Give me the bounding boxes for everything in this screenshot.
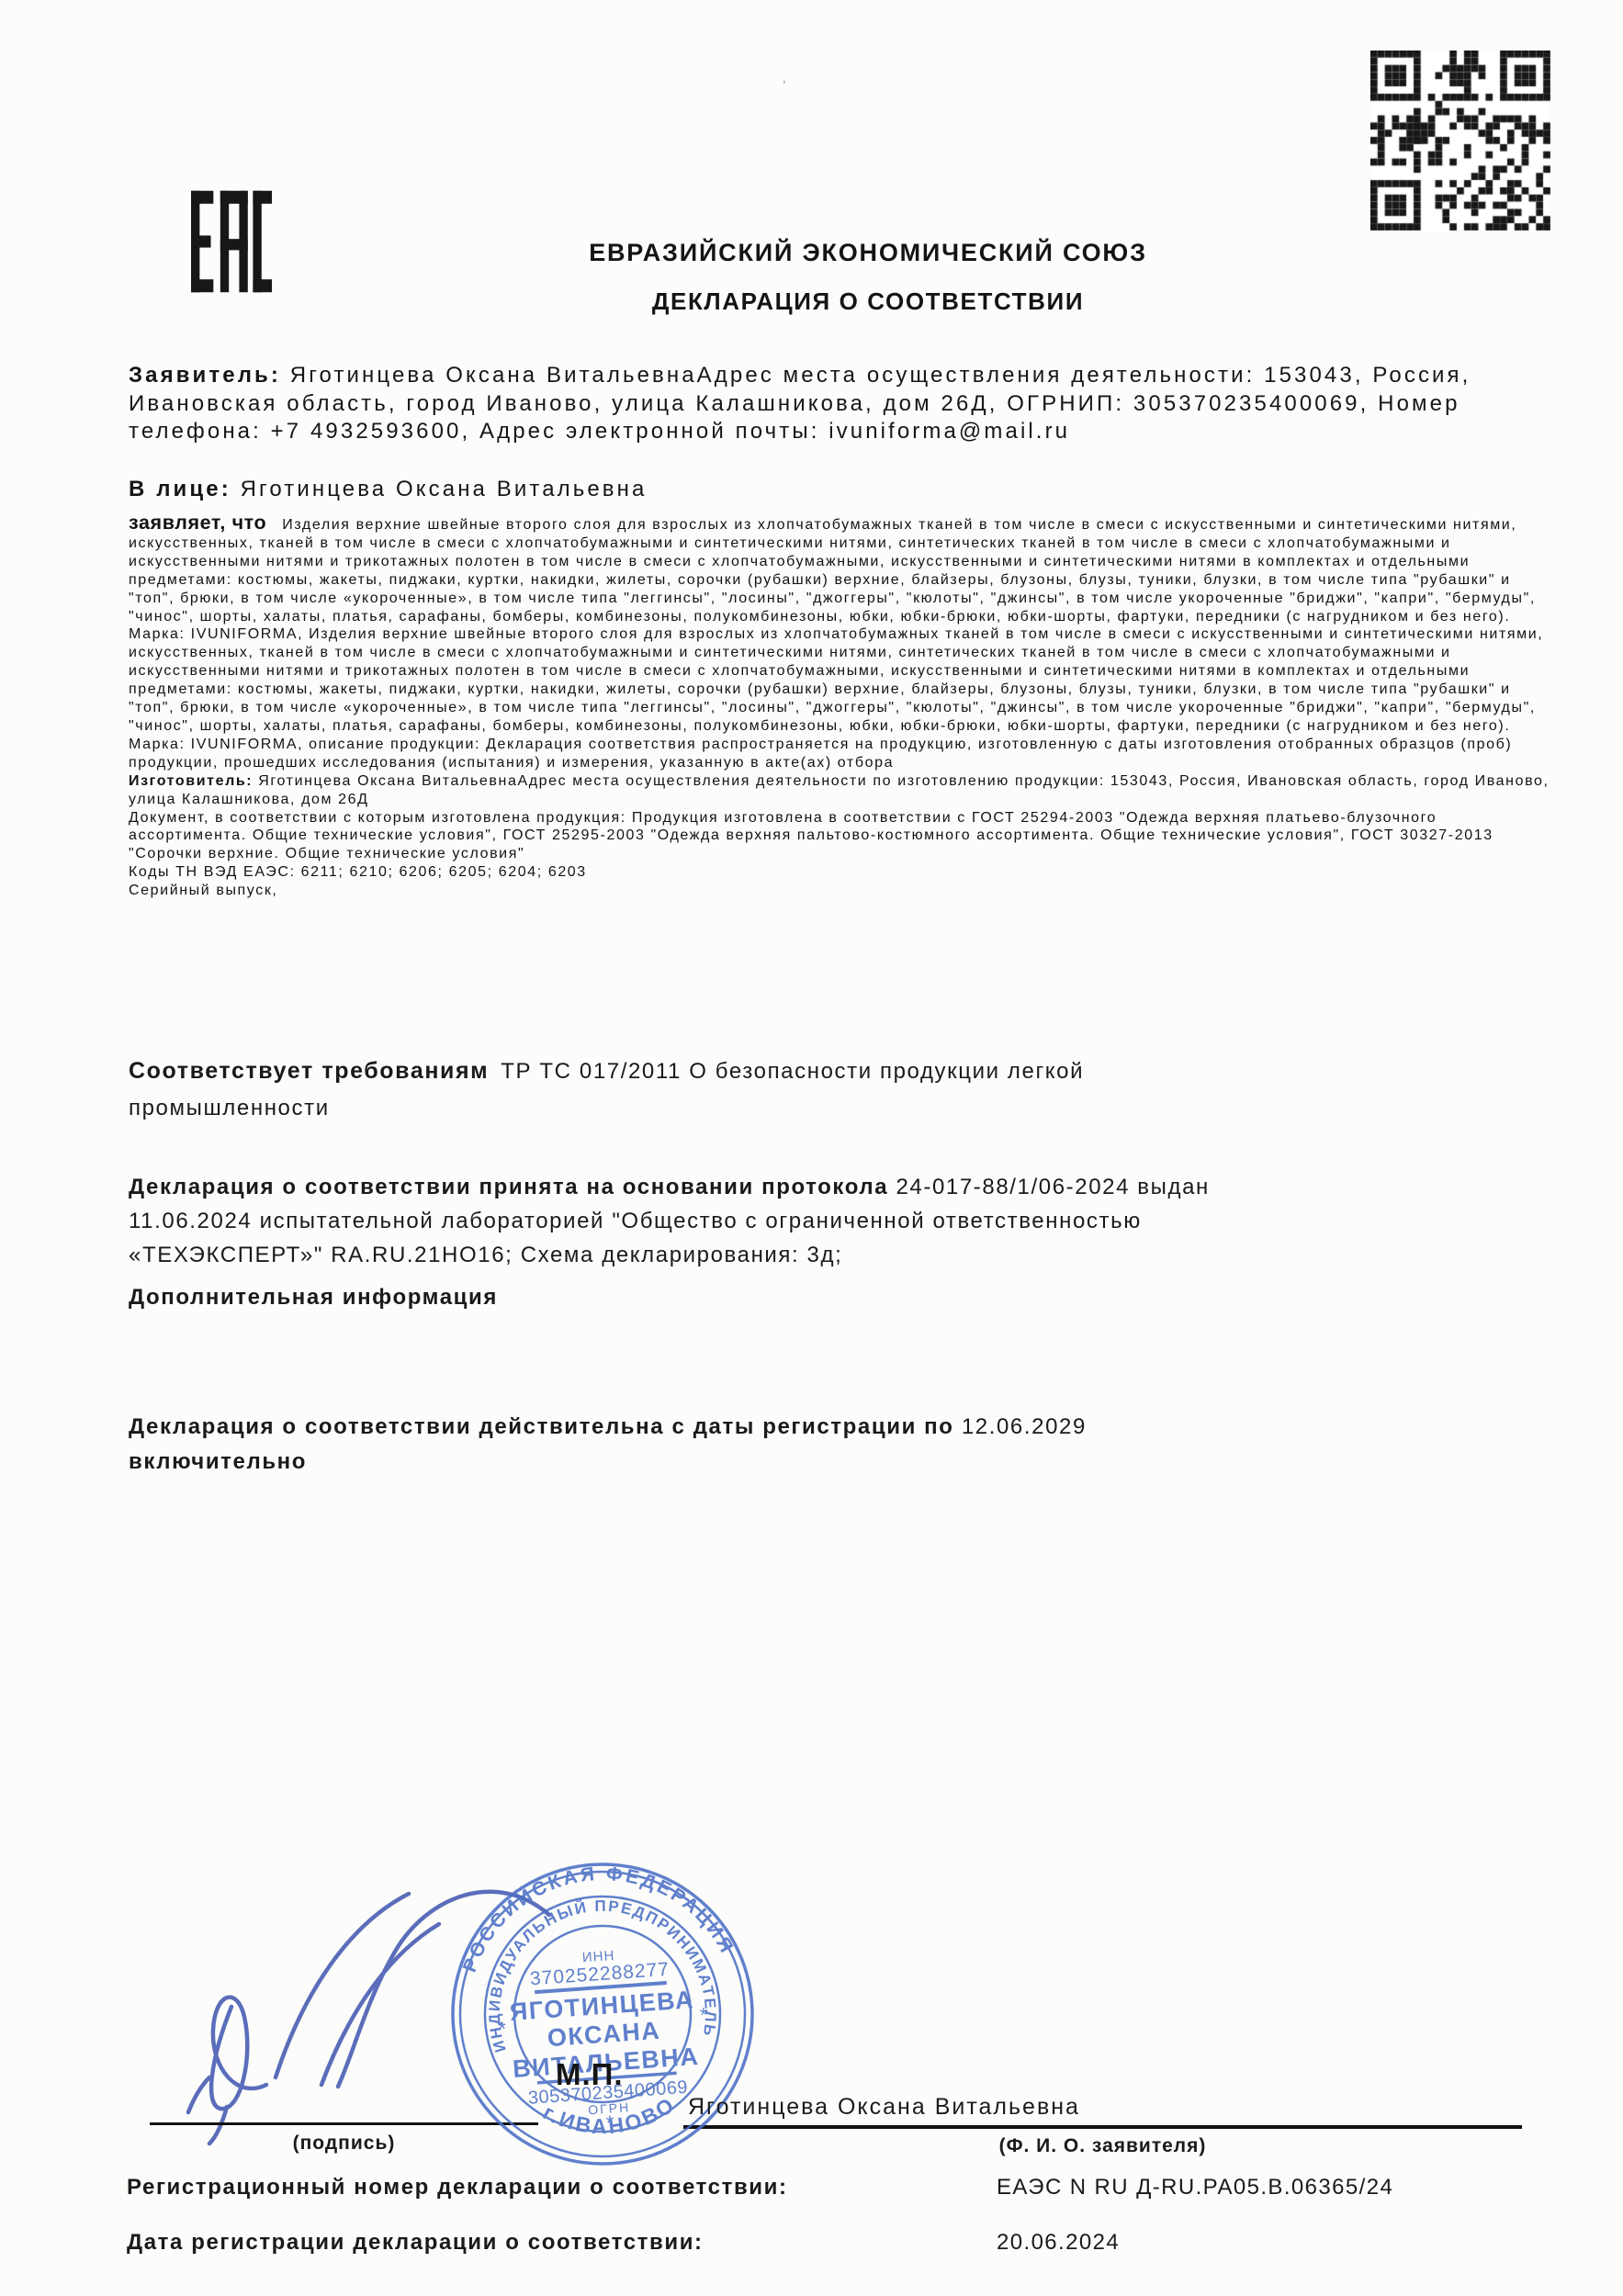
stamp-star-left: * [498,2017,508,2041]
registration-date-label: Дата регистрации декларации о соответств… [127,2230,704,2255]
company-round-stamp: РОССИЙСКАЯ ФЕДЕРАЦИЯ ИНДИВИДУАЛЬНЫЙ ПРЕД… [446,1858,759,2170]
document-title: ДЕКЛАРАЦИЯ О СООТВЕТСТВИИ [363,287,1373,316]
applicant-text: Яготинцева Оксана ВитальевнаАдрес места … [129,363,1471,444]
signer-name: Яготинцева Оксана Витальевна [688,2094,1080,2121]
in-person-text: Яготинцева Оксана Витальевна [231,477,648,501]
name-line [683,2125,1522,2129]
registration-date-row: Дата регистрации декларации о соответств… [127,2230,1560,2256]
signature-caption: (подпись) [150,2133,538,2155]
compliance-paragraph: Соответствует требованиямТР ТС 017/2011 … [129,1052,1199,1127]
validity-date: 12.06.2029 [954,1414,1087,1439]
declaration-body: заявляет, чтоИзделия верхние швейные вто… [129,514,1552,900]
name-caption: (Ф. И. О. заявителя) [683,2135,1522,2157]
validity-suffix: включительно [129,1449,307,1474]
declares-paragraph: заявляет, чтоИзделия верхние швейные вто… [129,514,1552,772]
declares-text: Изделия верхние швейные второго слоя для… [129,517,1543,771]
registration-date-value: 20.06.2024 [997,2230,1120,2256]
scan-speck: ’ [783,79,786,96]
manufacturer-paragraph: Изготовитель: Яготинцева Оксана Витальев… [129,772,1552,809]
registration-number-value: ЕАЭС N RU Д-RU.РА05.В.06365/24 [997,2175,1393,2200]
registration-number-label: Регистрационный номер декларации о соотв… [127,2175,788,2200]
declaration-document-page: ’ ЕВРАЗИЙСКИЙ ЭКОНОМИЧЕСКИЙ СОЮЗ ДЕКЛАРА… [0,0,1623,2296]
basis-label: Декларация о соответствии принята на осн… [129,1175,888,1199]
manufacturer-text: Яготинцева Оксана ВитальевнаАдрес места … [129,773,1550,807]
qr-code [1370,51,1550,231]
validity-paragraph: Декларация о соответствии действительна … [129,1410,1263,1480]
in-person-label: В лице: [129,477,231,501]
serial-release: Серийный выпуск, [129,882,1552,900]
registration-number-row: Регистрационный номер декларации о соотв… [127,2175,1560,2200]
production-document-paragraph: Документ, в соответствии с которым изгот… [129,809,1552,864]
union-title: ЕВРАЗИЙСКИЙ ЭКОНОМИЧЕСКИЙ СОЮЗ [363,239,1373,267]
validity-label: Декларация о соответствии действительна … [129,1414,954,1439]
eac-logo [191,187,272,296]
basis-paragraph: Декларация о соответствии принята на осн… [129,1170,1327,1272]
in-person-paragraph: В лице: Яготинцева Оксана Витальевна [129,476,1529,504]
declares-label: заявляет, что [129,512,266,534]
compliance-label: Соответствует требованиям [129,1058,489,1084]
applicant-paragraph: Заявитель: Яготинцева Оксана ВитальевнаА… [129,362,1529,446]
applicant-label: Заявитель: [129,363,281,388]
manufacturer-label: Изготовитель: [129,773,253,789]
mp-seal-mark: М.П. [556,2057,624,2092]
tnved-codes: Коды ТН ВЭД ЕАЭС: 6211; 6210; 6206; 6205… [129,863,1552,882]
additional-info-label: Дополнительная информация [129,1285,498,1311]
